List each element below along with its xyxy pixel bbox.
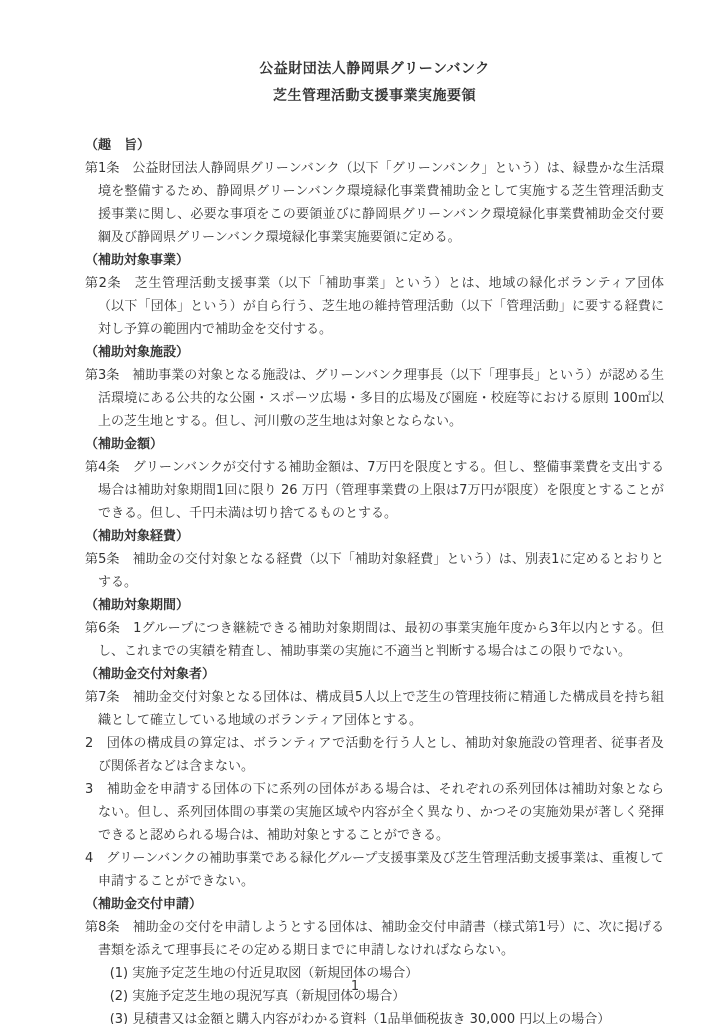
page-number: 1 [0, 979, 710, 994]
article-8-item-3: (3) 見積書又は金額と購入内容がわかる資料（1品単価税抜き 30,000 円以… [85, 1008, 664, 1024]
article-5-text: 第5条 補助金の交付対象となる経費（以下「補助対象経費」という）は、別表1に定め… [85, 548, 664, 594]
section-eligible-projects: （補助対象事業） 第2条 芝生管理活動支援事業（以下「補助事業」という）とは、地… [85, 249, 664, 341]
section-eligible-expenses: （補助対象経費） 第5条 補助金の交付対象となる経費（以下「補助対象経費」という… [85, 525, 664, 594]
article-6-text: 第6条 1グループにつき継続できる補助対象期間は、最初の事業実施年度から3年以内… [85, 617, 664, 663]
article-7-sub-2: 2 団体の構成員の算定は、ボランティアで活動を行う人とし、補助対象施設の管理者、… [85, 732, 664, 778]
document-subtitle: 芝生管理活動支援事業実施要領 [85, 83, 664, 110]
section-heading: （補助対象事業） [85, 249, 664, 272]
article-3-text: 第3条 補助事業の対象となる施設は、グリーンバンク理事長（以下「理事長」という）… [85, 364, 664, 433]
section-heading: （補助金交付対象者） [85, 663, 664, 686]
section-heading: （補助対象経費） [85, 525, 664, 548]
section-purpose: （趣 旨） 第1条 公益財団法人静岡県グリーンバンク（以下「グリーンバンク」とい… [85, 134, 664, 249]
document-title: 公益財団法人静岡県グリーンバンク [85, 56, 664, 83]
document-page: 公益財団法人静岡県グリーンバンク 芝生管理活動支援事業実施要領 （趣 旨） 第1… [0, 0, 724, 1024]
section-heading: （補助金交付申請） [85, 893, 664, 916]
article-7-sub-3: 3 補助金を申請する団体の下に系列の団体がある場合は、それぞれの系列団体は補助対… [85, 778, 664, 847]
section-heading: （趣 旨） [85, 134, 664, 157]
article-1-text: 第1条 公益財団法人静岡県グリーンバンク（以下「グリーンバンク」という）は、緑豊… [85, 157, 664, 249]
section-eligible-recipients: （補助金交付対象者） 第7条 補助金交付対象となる団体は、構成員5人以上で芝生の… [85, 663, 664, 893]
section-eligible-facilities: （補助対象施設） 第3条 補助事業の対象となる施設は、グリーンバンク理事長（以下… [85, 341, 664, 433]
article-7-text: 第7条 補助金交付対象となる団体は、構成員5人以上で芝生の管理技術に精通した構成… [85, 686, 664, 732]
article-8-text: 第8条 補助金の交付を申請しようとする団体は、補助金交付申請書（様式第1号）に、… [85, 916, 664, 962]
section-grant-application: （補助金交付申請） 第8条 補助金の交付を申請しようとする団体は、補助金交付申請… [85, 893, 664, 1024]
section-heading: （補助対象期間） [85, 594, 664, 617]
section-subsidy-amount: （補助金額） 第4条 グリーンバンクが交付する補助金額は、7万円を限度とする。但… [85, 433, 664, 525]
document-body: （趣 旨） 第1条 公益財団法人静岡県グリーンバンク（以下「グリーンバンク」とい… [85, 134, 664, 1024]
article-4-text: 第4条 グリーンバンクが交付する補助金額は、7万円を限度とする。但し、整備事業費… [85, 456, 664, 525]
section-heading: （補助対象施設） [85, 341, 664, 364]
article-7-sub-4: 4 グリーンバンクの補助事業である緑化グループ支援事業及び芝生管理活動支援事業は… [85, 847, 664, 893]
document-content: 公益財団法人静岡県グリーンバンク 芝生管理活動支援事業実施要領 （趣 旨） 第1… [0, 0, 724, 1024]
section-heading: （補助金額） [85, 433, 664, 456]
section-eligible-period: （補助対象期間） 第6条 1グループにつき継続できる補助対象期間は、最初の事業実… [85, 594, 664, 663]
article-2-text: 第2条 芝生管理活動支援事業（以下「補助事業」という）とは、地域の緑化ボランティ… [85, 272, 664, 341]
